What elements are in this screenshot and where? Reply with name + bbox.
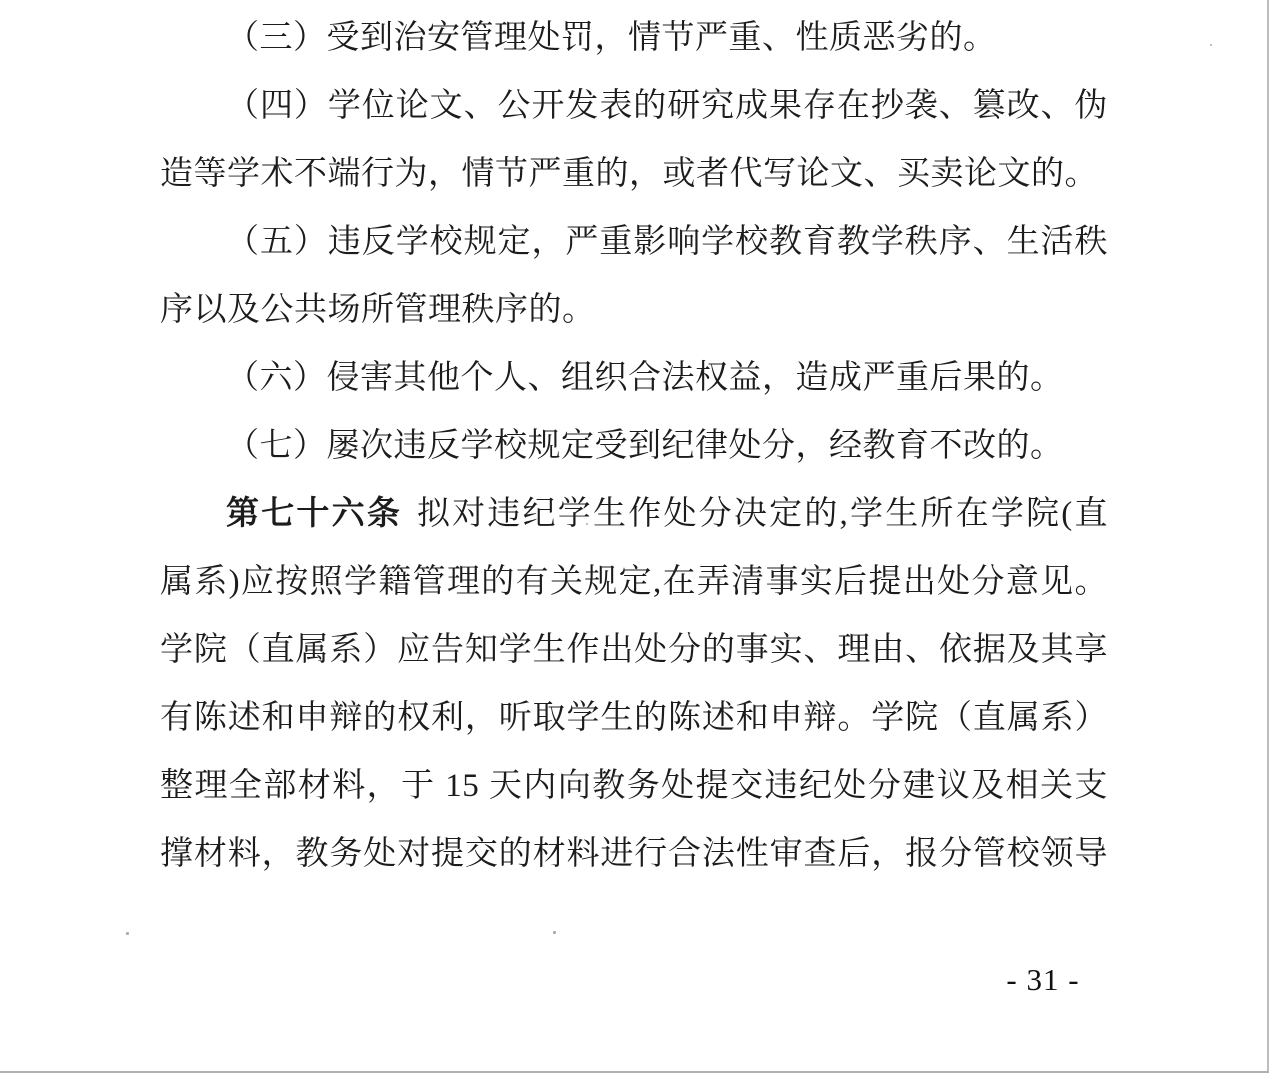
document-body: （三）受到治安管理处罚，情节严重、性质恶劣的。 （四）学位论文、公开发表的研究成… bbox=[160, 4, 1108, 888]
scan-speck bbox=[1210, 44, 1212, 46]
text-line: （五）违反学校规定，严重影响学校教育教学秩序、生活秩 bbox=[160, 208, 1108, 276]
text-line: 序以及公共场所管理秩序的。 bbox=[160, 276, 1108, 344]
text-line: 属系)应按照学籍管理的有关规定,在弄清事实后提出处分意见。 bbox=[160, 548, 1108, 616]
article-number-heading: 第七十六条 bbox=[226, 496, 402, 532]
document-page: （三）受到治安管理处罚，情节严重、性质恶劣的。 （四）学位论文、公开发表的研究成… bbox=[0, 0, 1272, 1078]
text-line: （三）受到治安管理处罚，情节严重、性质恶劣的。 bbox=[160, 4, 1108, 72]
scan-speck bbox=[586, 523, 588, 525]
text-line: （六）侵害其他个人、组织合法权益，造成严重后果的。 bbox=[160, 344, 1108, 412]
text-line: 有陈述和申辩的权利，听取学生的陈述和申辩。学院（直属系） bbox=[160, 684, 1108, 752]
text-line-segment: 拟对违纪学生作处分决定的,学生所在学院(直 bbox=[417, 496, 1108, 532]
text-line: 撑材料，教务处对提交的材料进行合法性审查后，报分管校领导 bbox=[160, 820, 1108, 888]
text-line: 整理全部材料，于 15 天内向教务处提交违纪处分建议及相关支 bbox=[160, 752, 1108, 820]
page-number: - 31 - bbox=[998, 962, 1088, 998]
text-line: （四）学位论文、公开发表的研究成果存在抄袭、篡改、伪 bbox=[160, 72, 1108, 140]
scan-edge-bottom bbox=[0, 1071, 1269, 1073]
scan-speck bbox=[553, 931, 556, 934]
text-line: （七）屡次违反学校规定受到纪律处分，经教育不改的。 bbox=[160, 412, 1108, 480]
text-line: 造等学术不端行为，情节严重的，或者代写论文、买卖论文的。 bbox=[160, 140, 1108, 208]
text-line: 学院（直属系）应告知学生作出处分的事实、理由、依据及其享 bbox=[160, 616, 1108, 684]
scan-edge-right bbox=[1267, 0, 1269, 1073]
text-line: 第七十六条拟对违纪学生作处分决定的,学生所在学院(直 bbox=[160, 480, 1108, 548]
scan-speck bbox=[126, 932, 129, 935]
